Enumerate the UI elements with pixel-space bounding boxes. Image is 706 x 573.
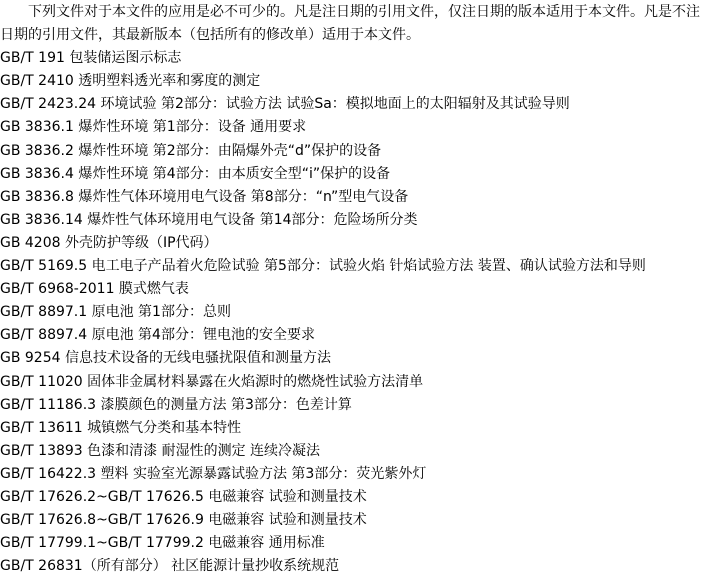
- reference-item: GB/T 2423.24 环境试验 第2部分：试验方法 试验Sa：模拟地面上的太…: [0, 93, 706, 116]
- reference-item: GB/T 11186.3 漆膜颜色的测量方法 第3部分：色差计算: [0, 394, 706, 417]
- reference-item: GB/T 13893 色漆和清漆 耐湿性的测定 连续冷凝法: [0, 440, 706, 463]
- normative-references-section: 下列文件对于本文件的应用是必不可少的。凡是注日期的引用文件，仅注日期的版本适用于…: [0, 0, 706, 573]
- reference-item: GB 9254 信息技术设备的无线电骚扰限值和测量方法: [0, 347, 706, 370]
- reference-item: GB/T 5169.5 电工电子产品着火危险试验 第5部分：试验火焰 针焰试验方…: [0, 255, 706, 278]
- reference-item: GB 3836.8 爆炸性气体环境用电气设备 第8部分：“n”型电气设备: [0, 186, 706, 209]
- reference-item: GB/T 17626.8~GB/T 17626.9 电磁兼容 试验和测量技术: [0, 509, 706, 532]
- reference-item: GB 3836.2 爆炸性环境 第2部分：由隔爆外壳“d”保护的设备: [0, 140, 706, 163]
- intro-paragraph: 下列文件对于本文件的应用是必不可少的。凡是注日期的引用文件，仅注日期的版本适用于…: [0, 1, 706, 47]
- reference-item: GB/T 17799.1~GB/T 17799.2 电磁兼容 通用标准: [0, 532, 706, 555]
- reference-item: GB/T 8897.1 原电池 第1部分：总则: [0, 301, 706, 324]
- reference-item: GB 3836.4 爆炸性环境 第4部分：由本质安全型“i”保护的设备: [0, 163, 706, 186]
- reference-item: GB/T 6968-2011 膜式燃气表: [0, 278, 706, 301]
- reference-item: GB/T 8897.4 原电池 第4部分：锂电池的安全要求: [0, 324, 706, 347]
- reference-item: GB 3836.1 爆炸性环境 第1部分：设备 通用要求: [0, 116, 706, 139]
- reference-item: GB/T 16422.3 塑料 实验室光源暴露试验方法 第3部分：荧光紫外灯: [0, 463, 706, 486]
- reference-item: GB 4208 外壳防护等级（IP代码）: [0, 232, 706, 255]
- reference-item: GB/T 191 包装储运图示标志: [0, 47, 706, 70]
- reference-item: GB/T 11020 固体非金属材料暴露在火焰源时的燃烧性试验方法清单: [0, 371, 706, 394]
- reference-item: GB/T 17626.2~GB/T 17626.5 电磁兼容 试验和测量技术: [0, 486, 706, 509]
- reference-item: GB/T 13611 城镇燃气分类和基本特性: [0, 417, 706, 440]
- reference-item: GB/T 2410 透明塑料透光率和雾度的测定: [0, 70, 706, 93]
- reference-item: GB/T 26831（所有部分） 社区能源计量抄收系统规范: [0, 555, 706, 573]
- reference-item: GB 3836.14 爆炸性气体环境用电气设备 第14部分：危险场所分类: [0, 209, 706, 232]
